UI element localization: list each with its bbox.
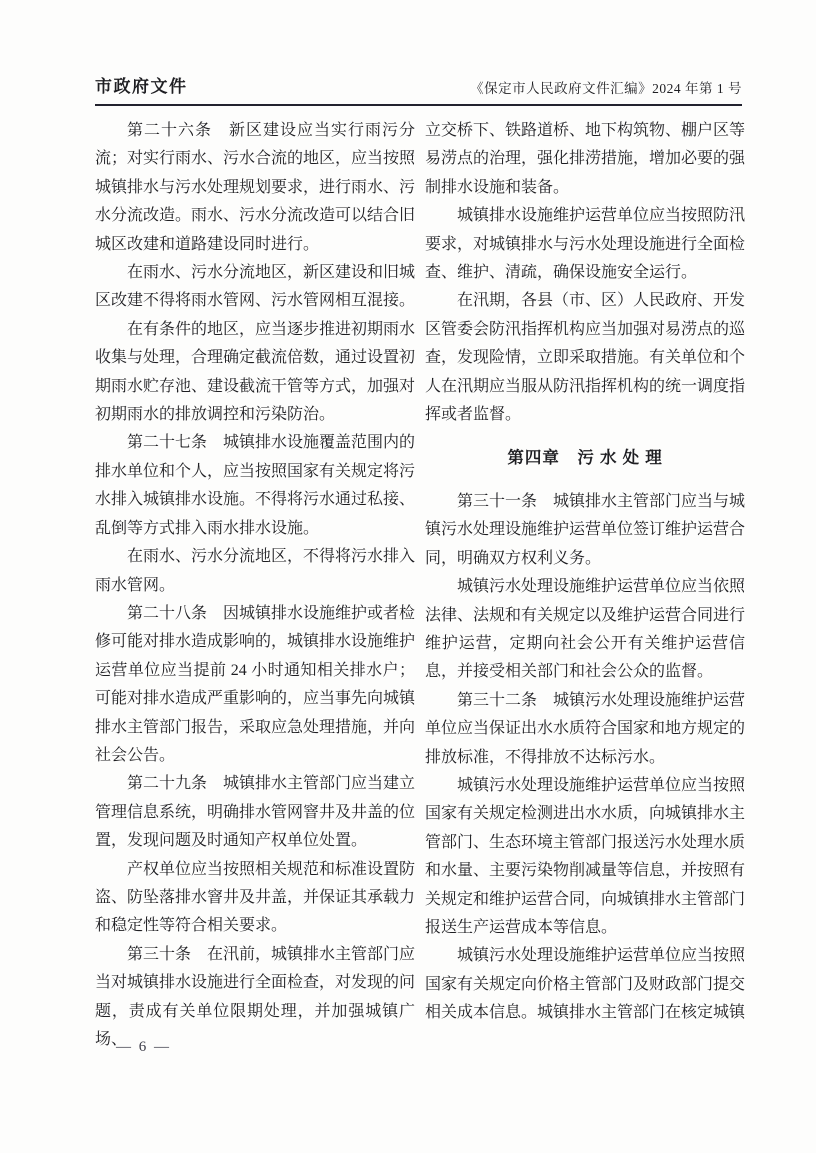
right-column: 立交桥下、铁路道桥、地下构筑物、棚户区等易涝点的治理，强化排涝措施，增加必要的强… bbox=[425, 117, 745, 1054]
paragraph: 城镇排水设施维护运营单位应当按照防汛要求，对城镇排水与污水处理设施进行全面检查、… bbox=[425, 202, 745, 287]
header-row: 市政府文件 《保定市人民政府文件汇编》2024 年第 1 号 bbox=[95, 72, 742, 104]
paragraph: 在汛期，各县（市、区）人民政府、开发区管委会防汛指挥机构应当加强对易涝点的巡查，… bbox=[425, 287, 745, 429]
paragraph: 第三十一条 城镇排水主管部门应当与城镇污水处理设施维护运营单位签订维护运营合同，… bbox=[425, 488, 745, 573]
paragraph: 第二十六条 新区建设应当实行雨污分流；对实行雨水、污水合流的地区，应当按照城镇排… bbox=[95, 117, 415, 259]
page-number: — 6 — bbox=[116, 1039, 171, 1056]
paragraph: 城镇污水处理设施维护运营单位应当按照国家有关规定检测进出水水质，向城镇排水主管部… bbox=[425, 772, 745, 942]
header-compilation-label: 《保定市人民政府文件汇编》2024 年第 1 号 bbox=[470, 77, 742, 97]
header-doc-type-label: 市政府文件 bbox=[95, 72, 188, 97]
paragraph: 立交桥下、铁路道桥、地下构筑物、棚户区等易涝点的治理，强化排涝措施，增加必要的强… bbox=[425, 117, 745, 202]
header-rule bbox=[95, 104, 742, 106]
paragraph: 第三十二条 城镇污水处理设施维护运营单位应当保证出水水质符合国家和地方规定的排放… bbox=[425, 687, 745, 772]
paragraph: 产权单位应当按照相关规范和标准设置防盗、防坠落排水窨井及井盖，并保证其承载力和稳… bbox=[95, 856, 415, 941]
paragraph: 城镇污水处理设施维护运营单位应当按照国家有关规定向价格主管部门及财政部门提交相关… bbox=[425, 942, 745, 1027]
paragraph: 第二十八条 因城镇排水设施维护或者检修可能对排水造成影响的，城镇排水设施维护运营… bbox=[95, 600, 415, 770]
paragraph: 城镇污水处理设施维护运营单位应当依照法律、法规和有关规定以及维护运营合同进行维护… bbox=[425, 573, 745, 687]
paragraph: 在有条件的地区，应当逐步推进初期雨水收集与处理，合理确定截流倍数，通过设置初期雨… bbox=[95, 316, 415, 430]
left-column: 第二十六条 新区建设应当实行雨污分流；对实行雨水、污水合流的地区，应当按照城镇排… bbox=[95, 117, 415, 1054]
document-page: 市政府文件 《保定市人民政府文件汇编》2024 年第 1 号 第二十六条 新区建… bbox=[0, 0, 816, 1153]
paragraph: 在雨水、污水分流地区，不得将污水排入雨水管网。 bbox=[95, 543, 415, 600]
body-columns: 第二十六条 新区建设应当实行雨污分流；对实行雨水、污水合流的地区，应当按照城镇排… bbox=[95, 117, 745, 1054]
paragraph: 第二十九条 城镇排水主管部门应当建立管理信息系统，明确排水管网窨井及井盖的位置，… bbox=[95, 770, 415, 855]
paragraph: 第三十条 在汛前，城镇排水主管部门应当对城镇排水设施进行全面检查，对发现的问题，… bbox=[95, 941, 415, 1055]
page-header: 市政府文件 《保定市人民政府文件汇编》2024 年第 1 号 bbox=[95, 72, 742, 106]
paragraph: 在雨水、污水分流地区，新区建设和旧城区改建不得将雨水管网、污水管网相互混接。 bbox=[95, 259, 415, 316]
chapter-heading: 第四章 污 水 处 理 bbox=[425, 444, 745, 472]
paragraph: 第二十七条 城镇排水设施覆盖范围内的排水单位和个人，应当按照国家有关规定将污水排… bbox=[95, 429, 415, 543]
